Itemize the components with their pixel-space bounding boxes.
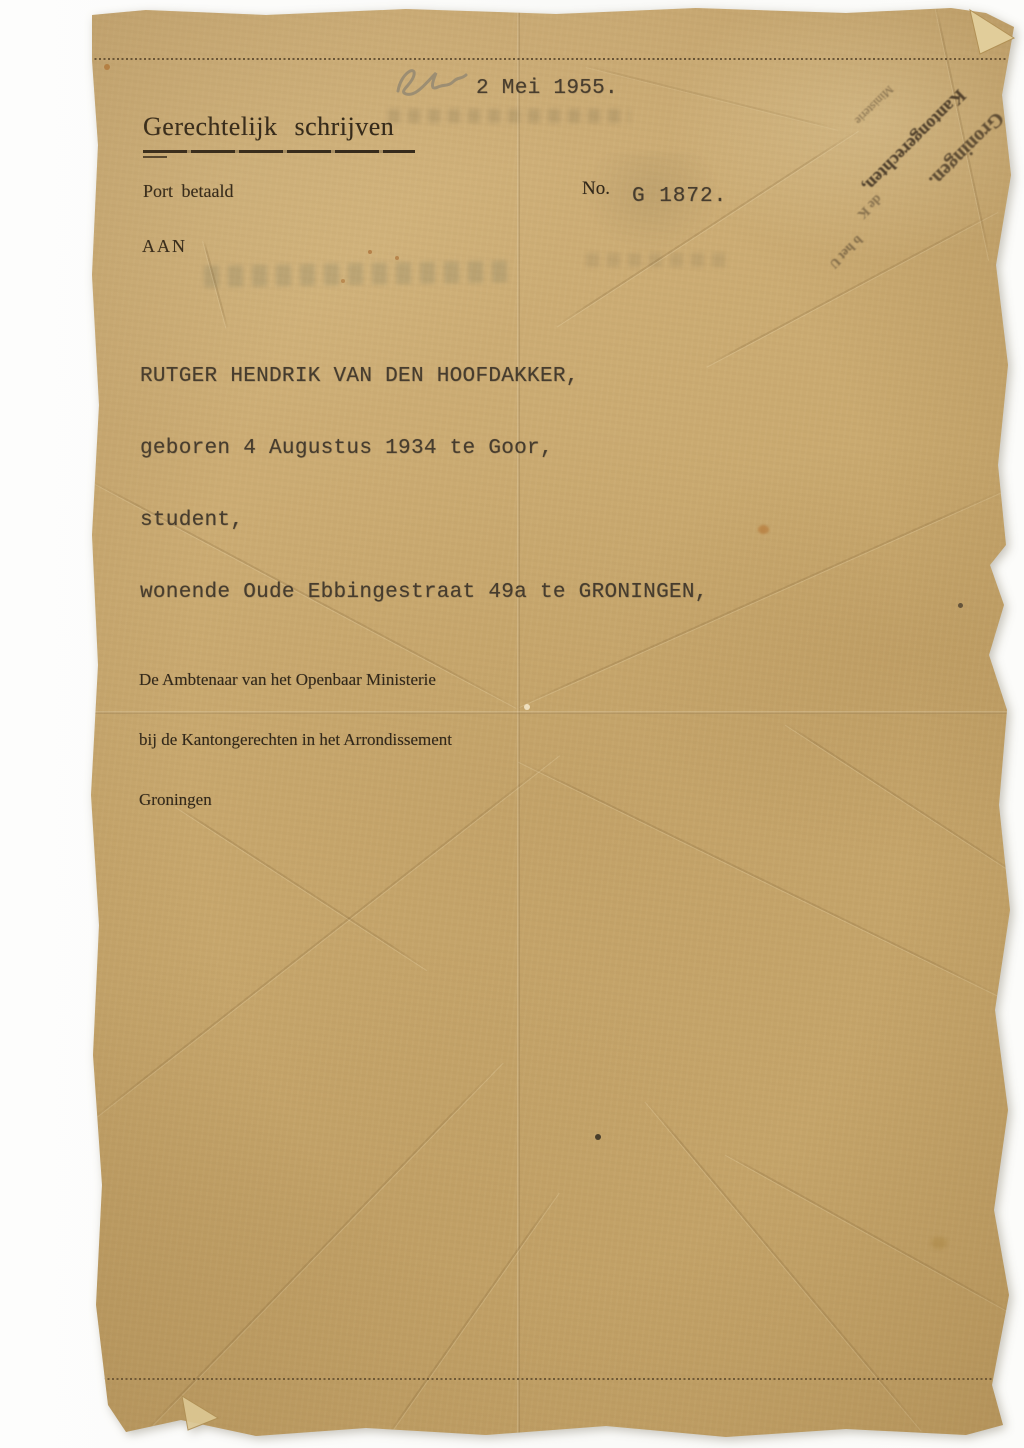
perforation-line-top <box>90 58 1006 60</box>
ink-speck <box>958 603 963 608</box>
crease <box>385 1192 559 1439</box>
date-typed: 2 Mei 1955. <box>476 77 618 100</box>
crease <box>785 723 1021 877</box>
document-paper: 2 Mei 1955. Gerechtelijk schrijven Port … <box>86 5 1015 1445</box>
addressee-label: AAN <box>142 236 187 257</box>
addressee-line: wonende Oude Ebbingestraat 49a te GRONIN… <box>140 581 708 605</box>
number-value-typed: G 1872. <box>632 185 727 208</box>
addressee-line: student, <box>140 509 708 533</box>
stain <box>931 1237 947 1249</box>
perforation-line-bottom <box>94 1378 999 1380</box>
stamp-fragment-de: de K <box>853 190 884 221</box>
sender-line: bij de Kantongerechten in het Arrondisse… <box>139 730 452 750</box>
bleed-through-smudge <box>388 109 630 123</box>
sender-line: Groningen <box>139 790 452 810</box>
rust-speck <box>368 250 372 254</box>
port-paid-label: Port betaald <box>143 181 233 202</box>
crease <box>140 1061 503 1436</box>
scanned-document: 2 Mei 1955. Gerechtelijk schrijven Port … <box>0 0 1024 1448</box>
rust-speck <box>395 256 399 260</box>
sender-line: De Ambtenaar van het Openbaar Ministerie <box>139 670 452 690</box>
fold-line-vertical <box>517 5 520 1445</box>
rust-speck <box>104 64 110 70</box>
sender-block: De Ambtenaar van het Openbaar Ministerie… <box>139 630 452 850</box>
addressee-line: geboren 4 Augustus 1934 te Goor, <box>140 437 708 461</box>
ink-speck <box>595 1134 601 1140</box>
addressee-line: RUTGER HENDRIK VAN DEN HOOFDAKKER, <box>140 365 708 389</box>
stamp-fragment-het: b het U <box>826 232 866 272</box>
paper-nick <box>524 704 530 710</box>
rust-stain <box>758 525 769 534</box>
document-title: Gerechtelijk schrijven <box>143 112 394 142</box>
title-underline-dash <box>143 156 167 158</box>
crease <box>645 1100 923 1431</box>
rust-speck <box>341 279 345 283</box>
crease <box>203 241 228 328</box>
bleed-through-smudge <box>204 260 516 287</box>
title-underline <box>143 150 415 153</box>
crease <box>555 129 858 327</box>
number-label: No. <box>582 178 610 200</box>
crease <box>726 1153 1016 1315</box>
stamp-fragment-ministerie: Ministerie <box>851 82 896 127</box>
addressee-block: RUTGER HENDRIK VAN DEN HOOFDAKKER, gebor… <box>140 317 708 653</box>
crease <box>586 65 839 130</box>
handwritten-pencil-scribble <box>392 61 470 105</box>
crease <box>519 760 1010 1001</box>
scan-background: { "page": { "background_color": "#fbfbf8… <box>0 0 1024 1448</box>
bleed-through-smudge <box>586 253 726 267</box>
